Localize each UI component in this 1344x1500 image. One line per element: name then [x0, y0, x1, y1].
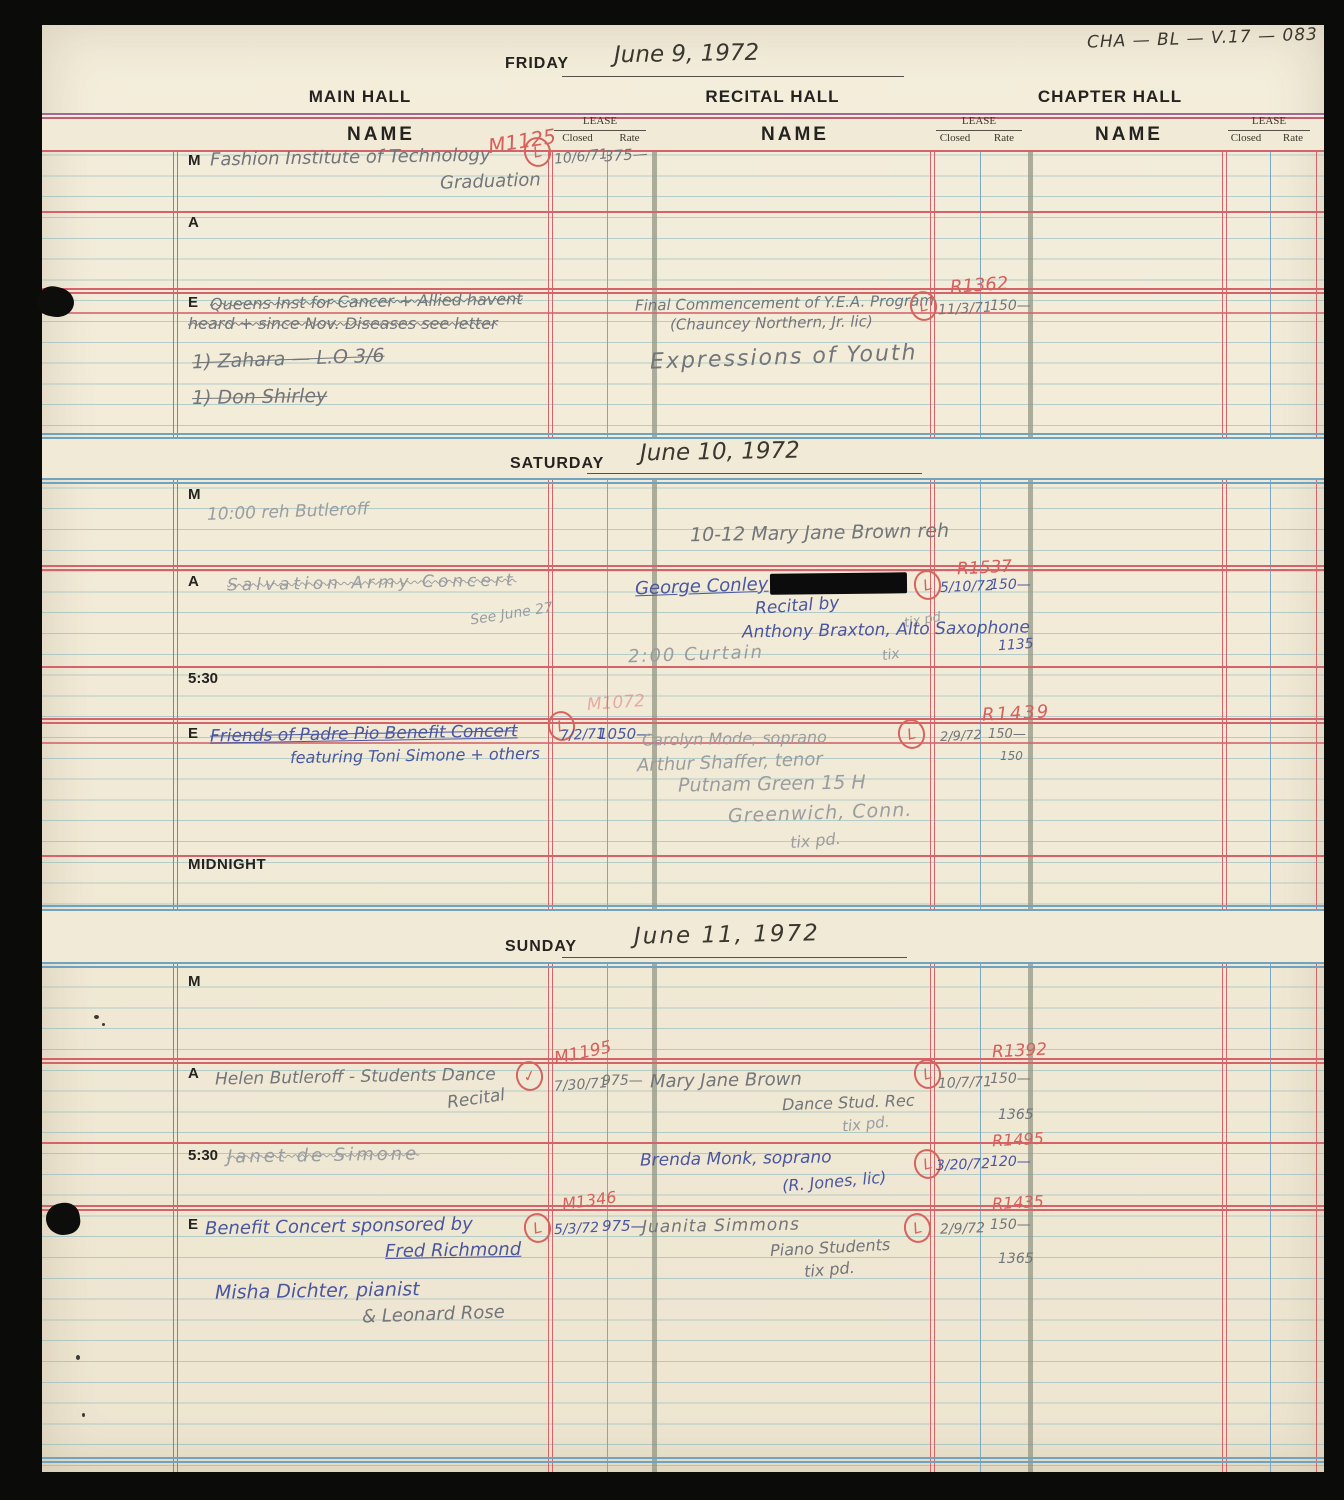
recital-lease-rule [934, 113, 935, 1472]
margin-rule [177, 113, 178, 1472]
rule-line [42, 666, 1324, 668]
rule-line [42, 117, 1324, 119]
rule-line [42, 905, 1324, 907]
time-label-m: M [188, 486, 201, 503]
rule-line [42, 718, 1324, 720]
day-label-sunday: SUNDAY [505, 938, 577, 956]
main-lease-rule [548, 113, 549, 1472]
day-label-saturday: SATURDAY [510, 455, 604, 473]
lease-underline [1228, 130, 1310, 131]
lease-header-chapter: LEASE [1222, 115, 1316, 127]
entry: 10-12 Mary Jane Brown reh [690, 520, 949, 547]
lease-number: R1537 [957, 557, 1013, 580]
rule-line [42, 1461, 1324, 1463]
name-header-chapter: NAME [1049, 124, 1209, 146]
lease-rate: 150— [990, 577, 1031, 593]
chapter-right-rule [1316, 113, 1317, 1472]
rule-line [42, 569, 1324, 571]
entry: Mary Jane Brown [650, 1069, 802, 1093]
lease-header-recital: LEASE [930, 115, 1028, 127]
lease-rate-2: 1365 [998, 1251, 1034, 1267]
day-date-sunday: June 11, 1972 [634, 920, 820, 949]
entry: (Chauncey Northern, Jr. lic) [670, 312, 873, 334]
lease-number: R1392 [992, 1040, 1048, 1063]
lease-header-main: LEASE [548, 115, 652, 127]
chapter-lease-rule [1226, 113, 1227, 1472]
rule-line [42, 211, 1324, 213]
rule-line [42, 478, 1324, 480]
lease-rate: 975— [602, 1073, 643, 1089]
rule-line [42, 113, 1324, 115]
date-underline [562, 957, 907, 958]
entry: Carolyn Mode, soprano [642, 727, 827, 749]
rule-line [42, 1058, 1324, 1060]
chapter-lease-rule [1222, 113, 1223, 1472]
rule-line [42, 482, 1324, 484]
lease-rate-2: 1365 [998, 1107, 1034, 1123]
ink-speck [82, 1413, 85, 1417]
ink-speck [76, 1355, 80, 1360]
rule-line [42, 962, 1324, 964]
lease-rate: 150— [988, 727, 1026, 742]
ledger-page: CHA — BL — V.17 — 083 FRIDAY June 9, 197… [42, 25, 1324, 1472]
entry-struck: heard + since Nov. Diseases see letter [188, 314, 498, 333]
entry-struck: Janet de Simone [227, 1143, 420, 1167]
closed-header-chapter: Closed [1222, 132, 1270, 144]
lease-number: R1439 [981, 701, 1050, 726]
lease-closed: 10/7/71 [938, 1074, 993, 1092]
entry: Fred Richmond [385, 1239, 522, 1262]
entry: Brenda Monk, soprano [640, 1147, 832, 1170]
margin-rule [173, 113, 174, 1472]
rule-line [42, 1205, 1324, 1207]
lease-number: R1435 [992, 1192, 1045, 1214]
lease-number: R1362 [949, 273, 1009, 298]
time-label-e: E [188, 1216, 198, 1233]
rule-line [42, 288, 1324, 290]
lease-rate: 150— [990, 298, 1031, 314]
entry: Juanita Simmons [642, 1215, 800, 1238]
time-label-530: 5:30 [188, 670, 218, 687]
rule-line [42, 1457, 1324, 1459]
ink-speck [102, 1023, 105, 1026]
hall-title-chapter: CHAPTER HALL [1030, 87, 1190, 107]
lease-rate: 150— [990, 1217, 1031, 1233]
recital-closed-rate-rule [980, 113, 981, 1472]
hall-title-main: MAIN HALL [280, 87, 440, 107]
chapter-closed-rate-rule [1270, 113, 1271, 1472]
name-header-recital: NAME [715, 124, 875, 146]
lease-closed: 5/10/72 [940, 578, 995, 596]
lease-rate: 150— [990, 1071, 1031, 1087]
closed-header-recital: Closed [930, 132, 980, 144]
day-label-friday: FRIDAY [505, 55, 569, 73]
entry-struck: 1) Don Shirley [192, 385, 328, 409]
lease-underline [936, 130, 1022, 131]
time-label-a: A [188, 573, 199, 590]
entry-note: tix [881, 646, 901, 664]
time-label-e: E [188, 725, 198, 742]
date-underline [562, 76, 904, 77]
lease-rate: 375— [603, 144, 648, 165]
lease-closed: 3/20/72 [936, 1156, 991, 1174]
lease-closed: 5/3/72 [554, 1220, 600, 1238]
rate-header-recital: Rate [980, 132, 1028, 144]
rule-line [42, 1209, 1324, 1211]
entry: Misha Dichter, pianist [215, 1278, 420, 1304]
day-date-saturday: June 10, 1972 [640, 438, 800, 467]
rule-line [42, 433, 1324, 435]
ink-speck [94, 1015, 99, 1019]
rule-line [42, 722, 1324, 724]
time-label-a: A [188, 1065, 199, 1082]
lease-underline [554, 130, 646, 131]
date-underline [587, 473, 922, 474]
time-label-midnight: MIDNIGHT [188, 856, 266, 873]
lease-closed: 2/9/72 [940, 1220, 986, 1238]
lease-closed: 2/9/72 [940, 728, 983, 745]
rule-line [42, 1062, 1324, 1064]
lease-closed: 11/3/71 [938, 300, 993, 319]
rate-header-main: Rate [607, 132, 652, 144]
entry: Putnam Green 15 H [678, 771, 866, 796]
rate-header-chapter: Rate [1270, 132, 1316, 144]
day-date-friday: June 9, 1972 [614, 40, 760, 69]
lease-rate-2: 150 [1000, 749, 1023, 763]
recital-chapter-divider [1028, 113, 1033, 1472]
lease-rate: 120— [990, 1154, 1031, 1170]
time-label-m: M [188, 152, 201, 169]
name-header-main: NAME [301, 124, 461, 146]
lease-rate-2: 1135 [997, 636, 1034, 654]
lease-number: M1072 [586, 691, 645, 715]
lease-number: R1495 [992, 1129, 1045, 1151]
main-lease-rule [552, 113, 553, 1472]
rule-line [42, 565, 1324, 567]
main-closed-rate-rule [607, 113, 608, 1472]
main-recital-divider [652, 113, 657, 1472]
rule-line [42, 909, 1324, 911]
rule-line [42, 1142, 1324, 1144]
time-label-a: A [188, 214, 199, 231]
redaction-bar [770, 572, 907, 594]
hall-title-recital: RECITAL HALL [690, 87, 855, 107]
time-label-530: 5:30 [188, 1147, 218, 1164]
archive-code: CHA — BL — V.17 — 083 [1062, 25, 1319, 54]
entry: Graduation [440, 169, 541, 194]
rule-line [42, 966, 1324, 968]
time-label-e: E [188, 294, 198, 311]
lease-rate: 975— [602, 1217, 646, 1235]
time-label-m: M [188, 973, 201, 990]
